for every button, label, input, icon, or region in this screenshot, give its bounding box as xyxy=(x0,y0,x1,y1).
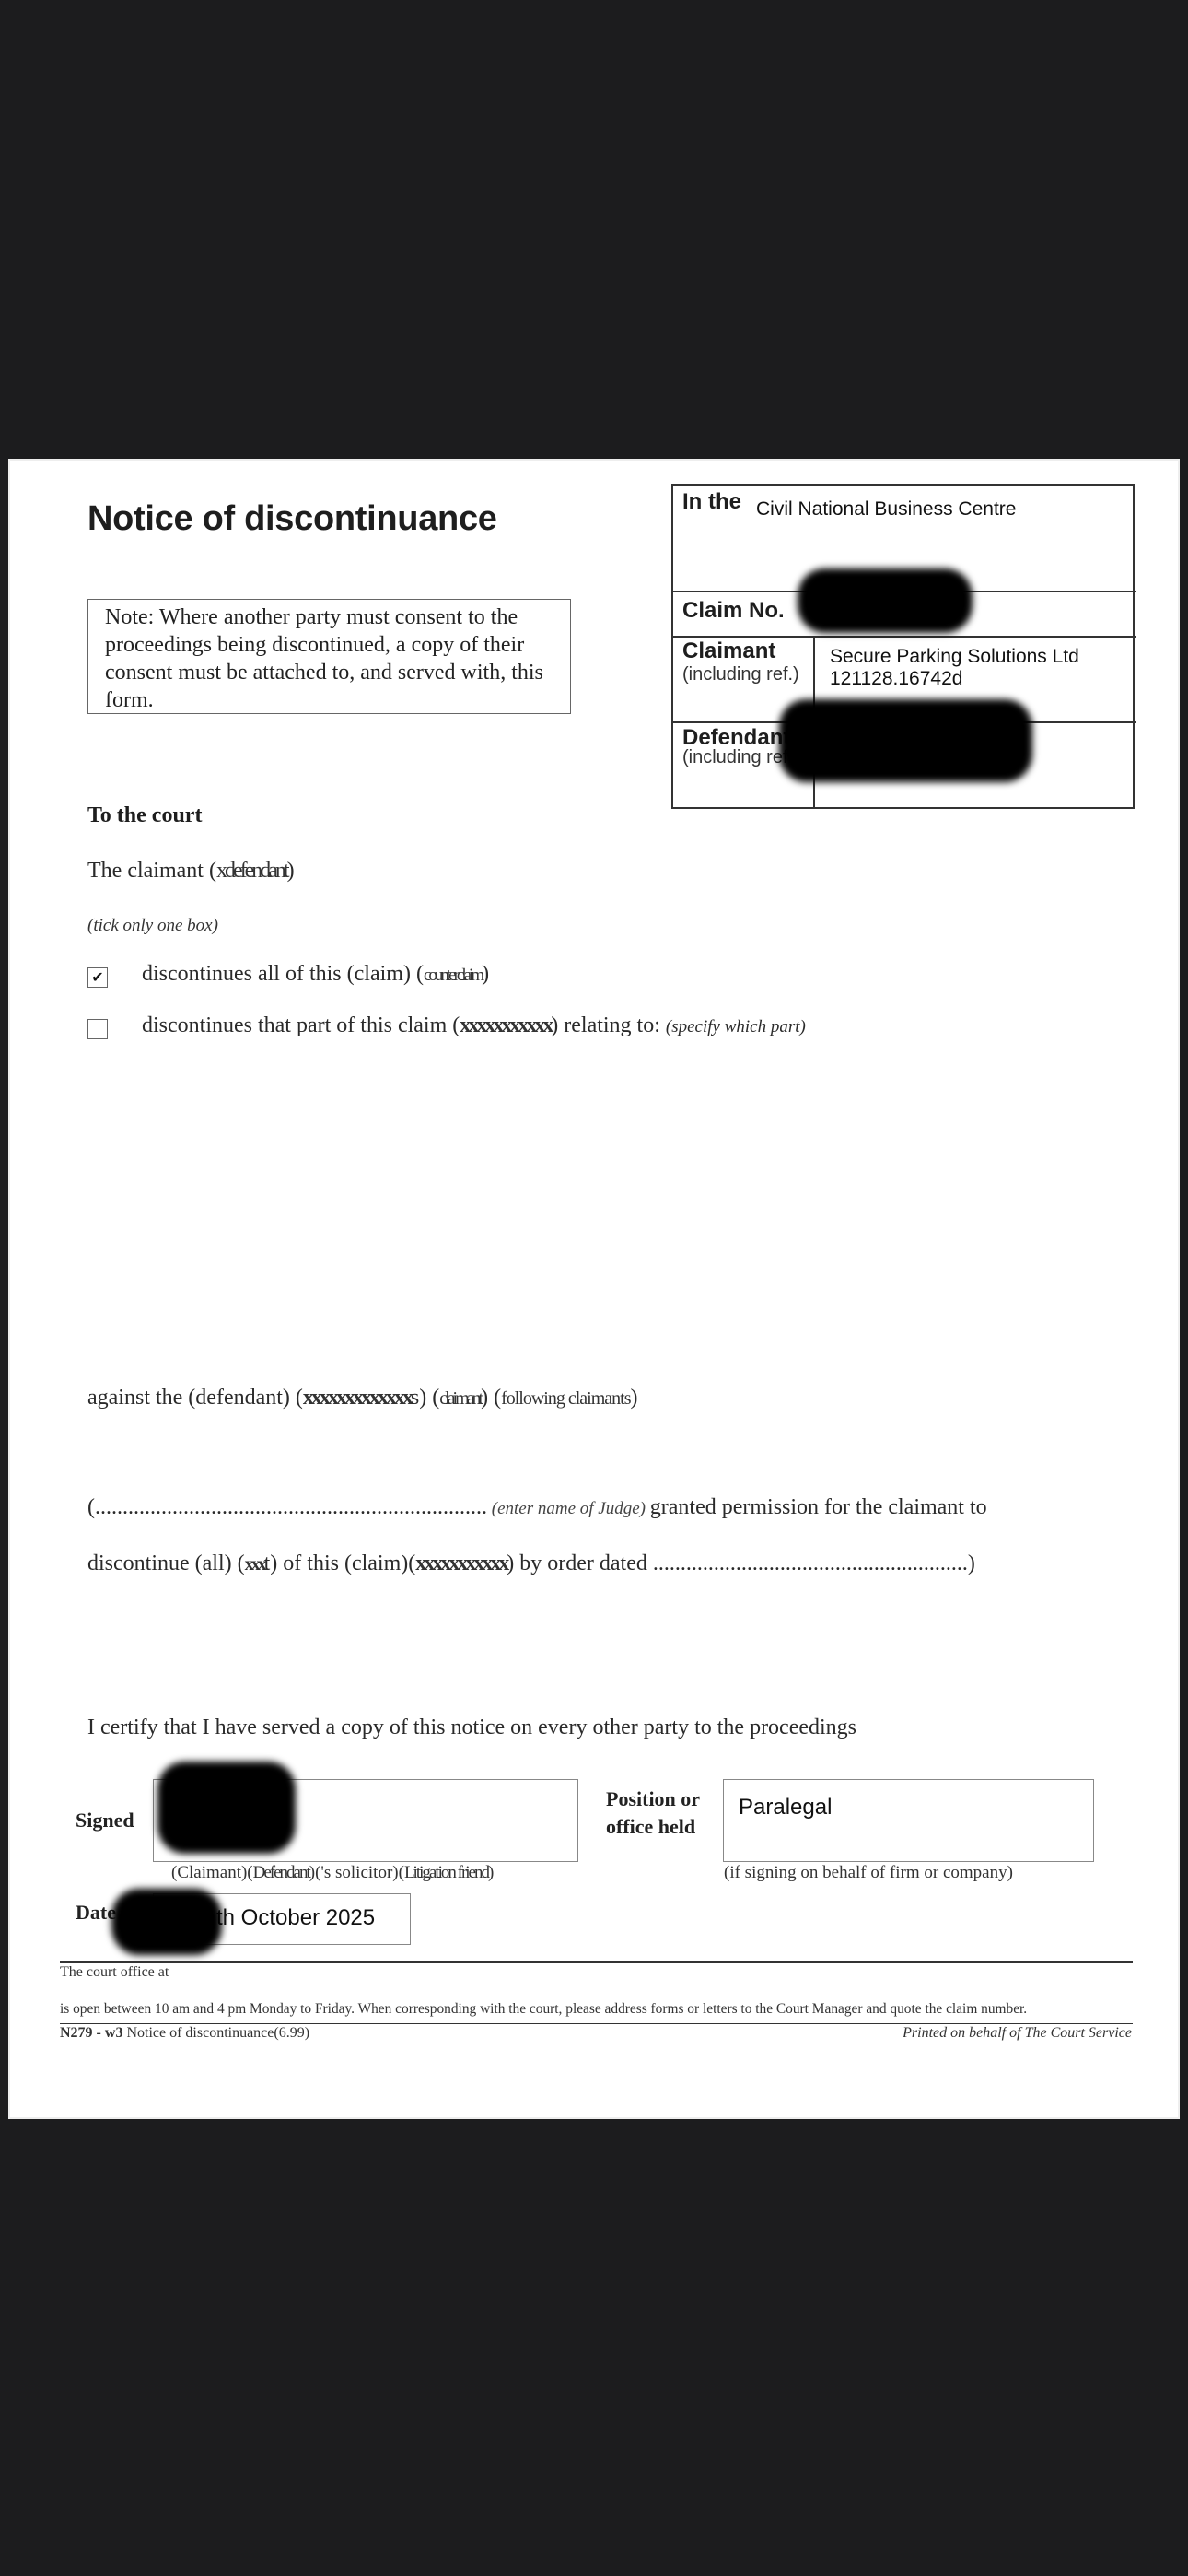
tick-hint: (tick only one box) xyxy=(87,916,218,936)
specify-part-area[interactable] xyxy=(87,1060,1101,1364)
claimant-name[interactable]: Secure Parking Solutions Ltd xyxy=(830,646,1079,668)
checkmark-icon: ✔ xyxy=(91,970,103,985)
struck-counterclaim: xxxxxxxxxxx xyxy=(460,1013,551,1037)
struck-counterclaim: counterclaim xyxy=(424,966,482,985)
opening-hours: is open between 10 am and 4 pm Monday to… xyxy=(60,2001,1137,2018)
printed-by: Printed on behalf of The Court Service xyxy=(903,2025,1132,2042)
signer-role-caption: (Claimant)(Defendant)('s solicitor)(Liti… xyxy=(171,1863,494,1883)
struck-defendant: Defendant xyxy=(253,1863,309,1882)
date-label: Date xyxy=(76,1901,116,1925)
signed-label: Signed xyxy=(76,1809,134,1832)
option-suffix: ) xyxy=(482,962,489,986)
claimant-line: The claimant (xdefendant) xyxy=(87,859,295,884)
against-text: against the (defendant) ( xyxy=(87,1386,303,1410)
footer-rule xyxy=(60,1961,1133,1963)
court-office-label: The court office at xyxy=(60,1964,169,1981)
footer-double-rule xyxy=(60,2020,1133,2024)
judge-name-field[interactable]: (.......................................… xyxy=(87,1495,487,1519)
position-caption: (if signing on behalf of firm or company… xyxy=(724,1863,1013,1883)
to-the-court-heading: To the court xyxy=(87,803,202,828)
order-date-field[interactable]: ) by order dated .......................… xyxy=(507,1551,975,1575)
divider xyxy=(673,636,1136,638)
caption-text: )('s solicitor)( xyxy=(309,1863,404,1882)
option-discontinue-part: discontinues that part of this claim (xx… xyxy=(142,1013,806,1038)
certify-statement: I certify that I have served a copy of t… xyxy=(87,1715,856,1740)
against-text: s) ( xyxy=(411,1386,439,1410)
claimant-reference[interactable]: 121128.16742d xyxy=(830,668,962,690)
against-text: ) xyxy=(631,1386,638,1410)
claim-header-table: In the Civil National Business Centre Cl… xyxy=(671,484,1135,809)
position-value: Paralegal xyxy=(739,1795,832,1821)
judge-hint: (enter name of Judge) xyxy=(487,1499,650,1518)
struck-following-claimants: following claimants xyxy=(501,1388,630,1409)
signature-redaction xyxy=(157,1762,296,1854)
position-label-line1: Position or xyxy=(606,1786,700,1813)
claim-number-redaction xyxy=(798,568,973,633)
document-page: Notice of discontinuance Note: Where ano… xyxy=(8,459,1180,2119)
order-text: discontinue (all) ( xyxy=(87,1551,245,1575)
struck-counterclaim: xxxxxxxxxxx xyxy=(415,1551,507,1575)
position-label-line2: office held xyxy=(606,1813,700,1841)
claimant-line-end: ) xyxy=(287,859,295,883)
order-line: discontinue (all) (xxxt) of this (claim)… xyxy=(87,1551,975,1576)
discontinue-all-checkbox[interactable]: ✔ xyxy=(87,967,108,988)
specify-hint: (specify which part) xyxy=(666,1017,806,1036)
position-label: Position or office held xyxy=(606,1786,700,1841)
claimant-label: Claimant xyxy=(682,638,775,664)
struck-defendant: xdefendant xyxy=(216,859,287,883)
date-value: th October 2025 xyxy=(216,1905,375,1931)
caption-text: (Claimant)( xyxy=(171,1863,253,1882)
date-redaction xyxy=(111,1889,222,1955)
page-title: Notice of discontinuance xyxy=(87,499,497,539)
consent-note: Note: Where another party must consent t… xyxy=(87,599,571,714)
discontinue-part-checkbox[interactable] xyxy=(87,1019,108,1039)
option-discontinue-all: discontinues all of this (claim) (counte… xyxy=(142,962,489,987)
against-line: against the (defendant) (xxxxxxxxxxxxxs)… xyxy=(87,1386,638,1411)
against-text: ) ( xyxy=(481,1386,501,1410)
struck-part: xxx xyxy=(245,1554,264,1575)
in-the-label: In the xyxy=(682,489,741,515)
defendant-redaction xyxy=(779,699,1032,782)
form-code: N279 - w3 xyxy=(60,2025,122,2041)
claimant-sublabel: (including ref.) xyxy=(682,664,799,685)
option-text: discontinues all of this (claim) ( xyxy=(142,962,424,986)
position-field[interactable]: Paralegal xyxy=(723,1779,1094,1862)
struck-following-defendants: xxxxxxxxxxxxx xyxy=(303,1386,411,1410)
judge-line: (.......................................… xyxy=(87,1495,987,1520)
form-name: Notice of discontinuance(6.99) xyxy=(122,2025,309,2041)
caption-text: ) xyxy=(488,1863,494,1882)
judge-line-text: granted permission for the claimant to xyxy=(650,1495,987,1519)
struck-claimant: claimant xyxy=(439,1388,481,1409)
claim-no-label: Claim No. xyxy=(682,598,785,624)
order-text: t) of this (claim)( xyxy=(264,1551,416,1575)
option-suffix: ) relating to: xyxy=(551,1013,666,1037)
option-text: discontinues that part of this claim ( xyxy=(142,1013,460,1037)
form-reference: N279 - w3 Notice of discontinuance(6.99) xyxy=(60,2025,309,2042)
struck-litigation-friend: Litigation friend xyxy=(404,1863,488,1882)
claimant-line-text: The claimant ( xyxy=(87,859,216,883)
court-name[interactable]: Civil National Business Centre xyxy=(756,498,1016,521)
